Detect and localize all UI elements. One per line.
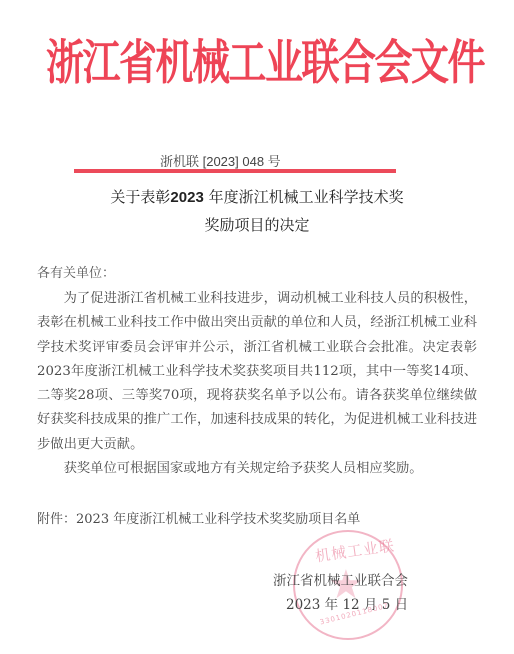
- body-paragraph-2: 获奖单位可根据国家或地方有关规定给予获奖人员相应奖励。: [37, 457, 477, 481]
- document-title-line2: 奖励项目的决定: [0, 214, 514, 235]
- red-divider: [74, 169, 396, 173]
- document-title-line1: 关于表彰2023 年度浙江机械工业科学技术奖: [0, 186, 514, 207]
- title-prefix: 关于表彰: [110, 188, 170, 206]
- document-number: 浙机联 [2023] 048 号: [160, 151, 281, 170]
- body-paragraph-1: 为了促进浙江省机械工业科技进步，调动机械工业科技人员的积极性，表彰在机械工业科技…: [37, 287, 477, 457]
- body-text: 为了促进浙江省机械工业科技进步，调动机械工业科技人员的积极性，表彰在机械工业科技…: [37, 287, 477, 481]
- title-year: 2023: [170, 189, 203, 206]
- signature-date: 2023 年 12 月 5 日: [286, 593, 408, 613]
- issuer-title: 浙江省机械工业联合会文件: [46, 25, 426, 100]
- salutation: 各有关单位：: [37, 262, 115, 281]
- signer-organization: 浙江省机械工业联合会: [273, 569, 408, 589]
- title-suffix: 年度浙江机械工业科学技术奖: [209, 188, 404, 206]
- attachment-note: 附件：2023 年度浙江机械工业科学技术奖奖励项目名单: [37, 508, 360, 527]
